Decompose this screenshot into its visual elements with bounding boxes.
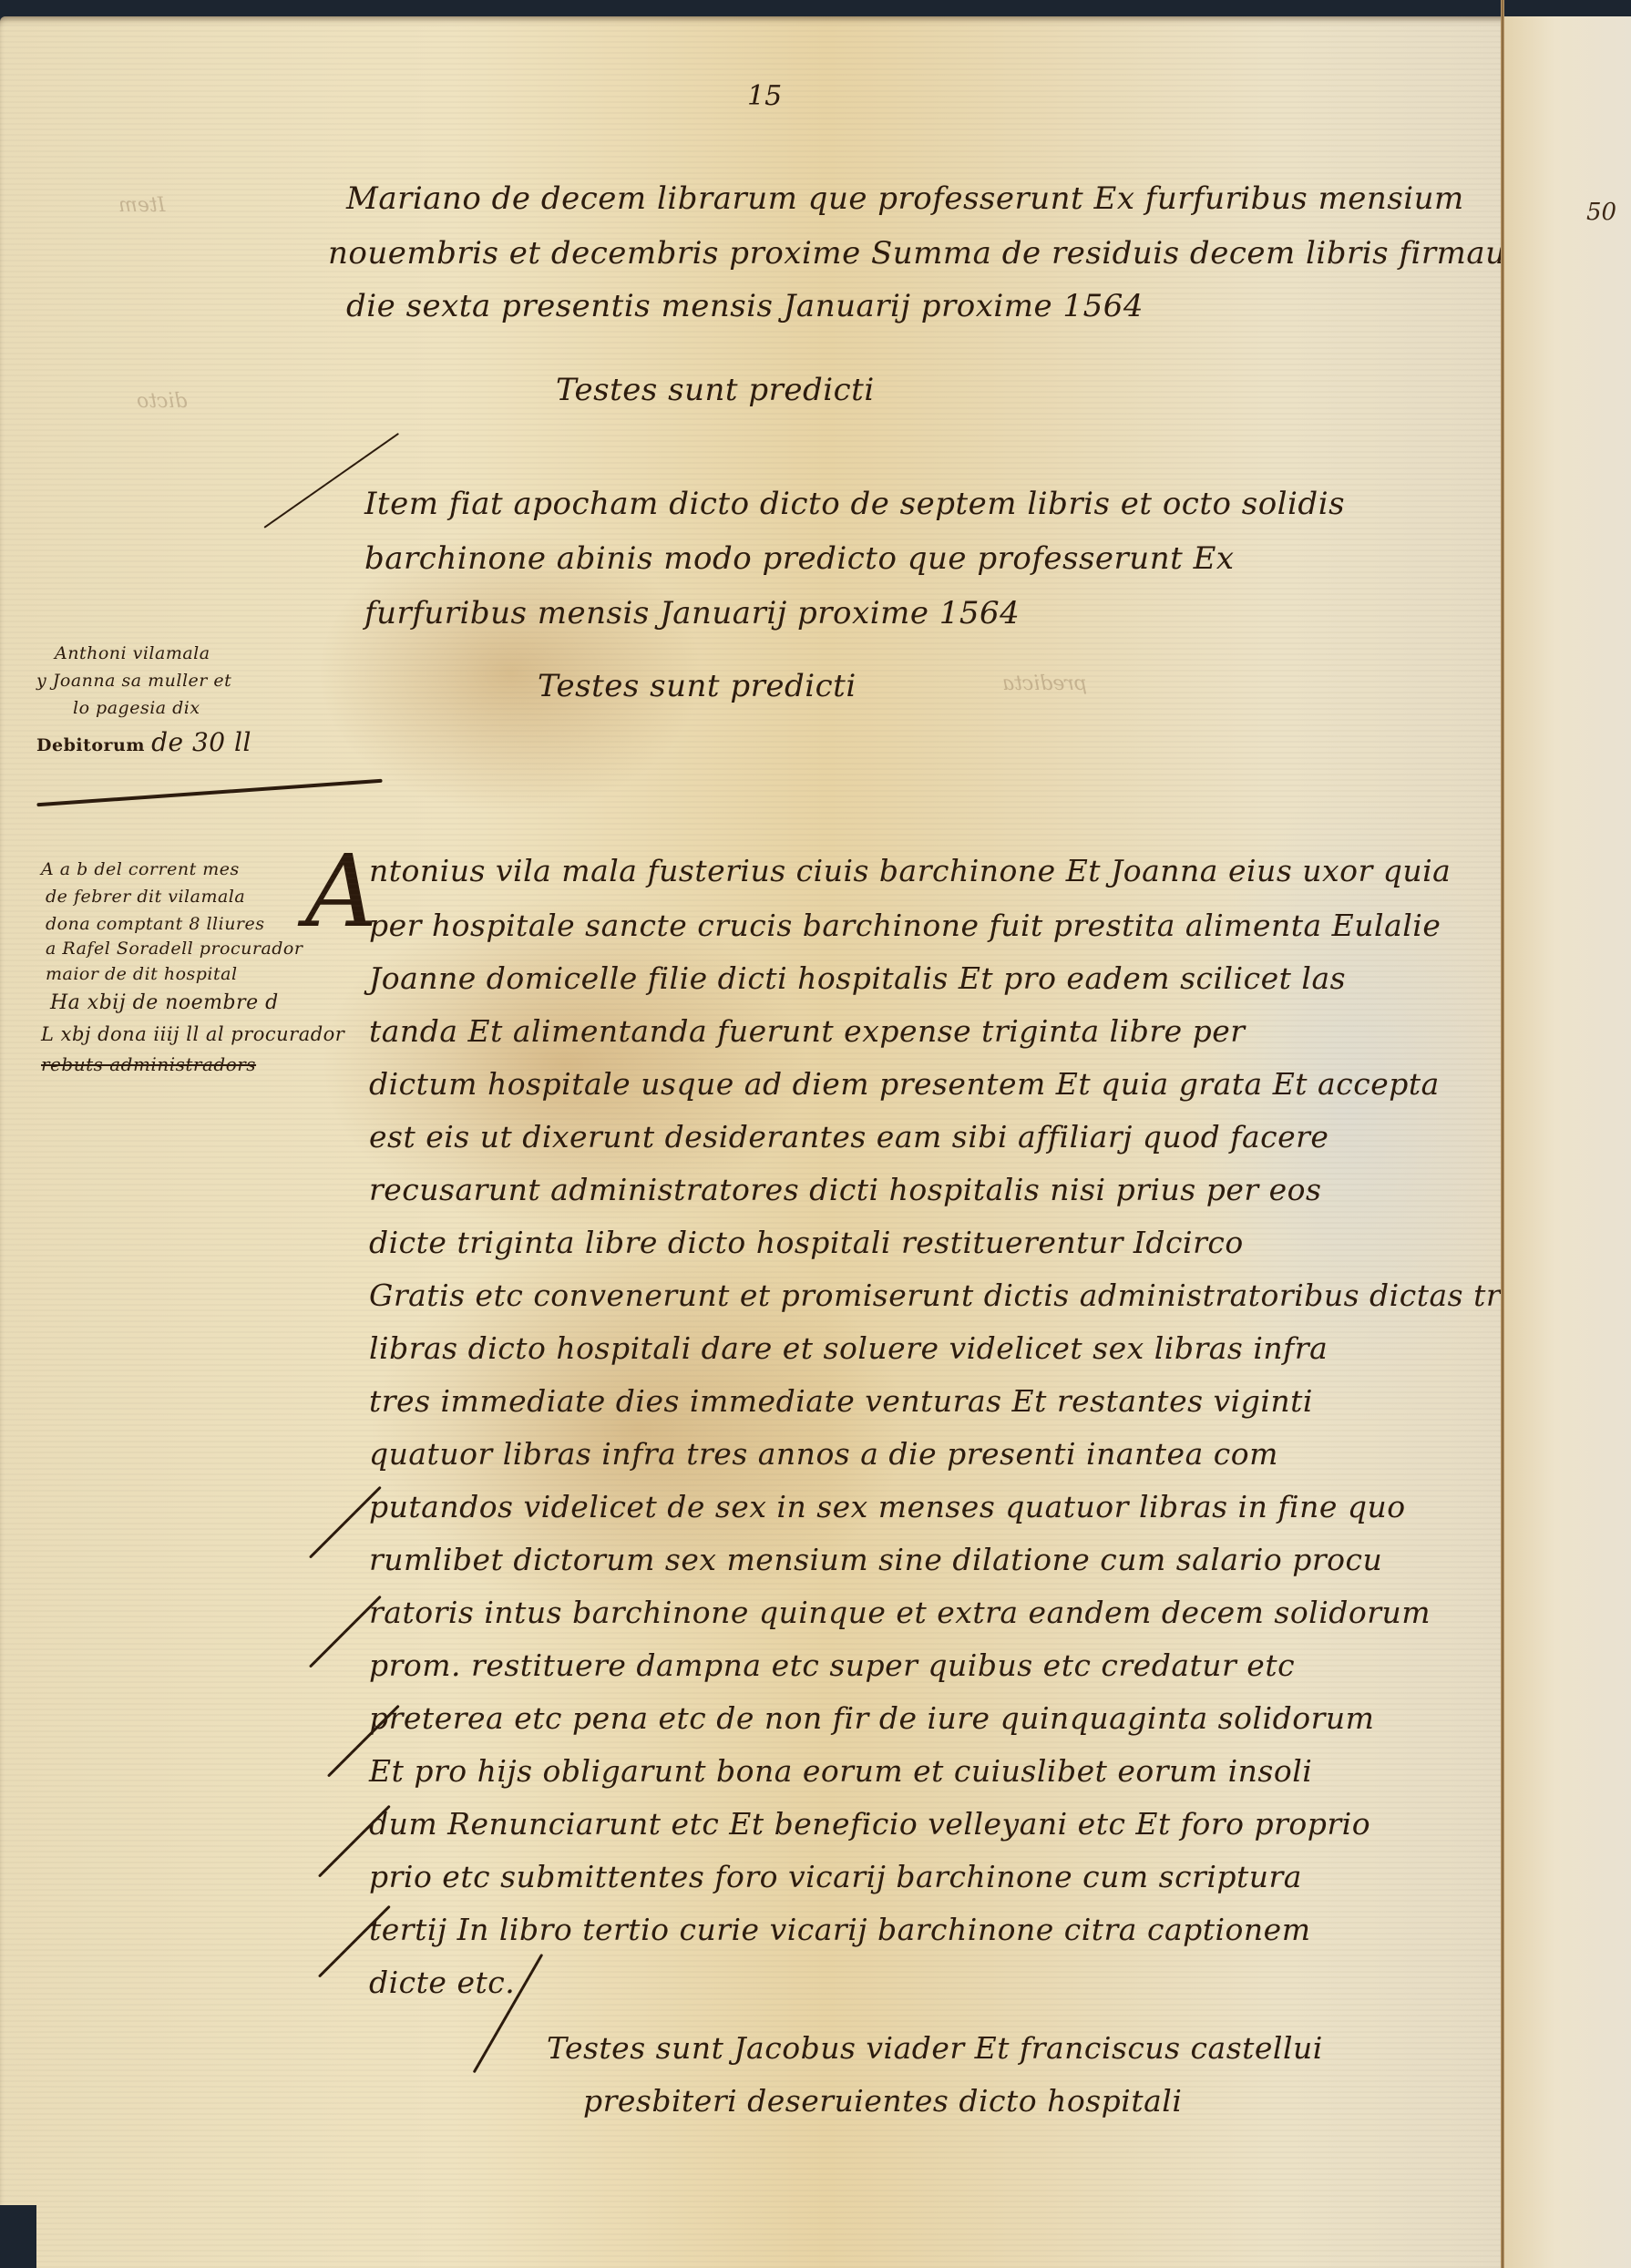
header-line: Mariano de decem librarum que professeru…: [346, 180, 1464, 217]
item-line: barchinone abinis modo predicto que prof…: [364, 540, 1235, 577]
entry-line: rumlibet dictorum sex mensium sine dilat…: [369, 1542, 1382, 1577]
witness-line: Testes sunt predicti: [556, 372, 875, 408]
adjacent-page-fragment: 50: [1586, 199, 1616, 226]
folio-number: 15: [747, 80, 782, 112]
entry-line: recusarunt administratores dicti hospita…: [369, 1172, 1321, 1207]
rubric-suffix: de 30 ll: [151, 727, 251, 757]
entry-line: dicte etc.: [369, 1965, 515, 2000]
entry-line: prio etc submittentes foro vicarij barch…: [369, 1859, 1302, 1894]
entry-line: preterea etc pena etc de non fir de iure…: [369, 1700, 1374, 1736]
item-line: furfuribus mensis Januarij proxime 1564: [364, 595, 1020, 631]
bleed-through-text: predicta: [1002, 672, 1087, 695]
entry-line: ratoris intus barchinone quinque et extr…: [369, 1595, 1431, 1630]
entry-line: prom. restituere dampna etc super quibus…: [369, 1647, 1295, 1683]
entry-line: Gratis etc convenerunt et promiserunt di…: [369, 1278, 1592, 1313]
margin-line: y Joanna sa muller et: [36, 671, 231, 691]
margin-line: lo pagesia dix: [73, 698, 200, 718]
margin-line: A a b del corrent mes: [41, 859, 240, 879]
witness-line: presbiteri deseruientes dicto hospitali: [583, 2083, 1182, 2119]
bleed-through-text: dicto: [137, 390, 188, 413]
entry-line: quatuor libras infra tres annos a die pr…: [369, 1436, 1278, 1472]
entry-line: dum Renunciarunt etc Et beneficio velley…: [369, 1806, 1370, 1842]
entry-line: dictum hospitale usque ad diem presentem…: [369, 1066, 1440, 1102]
entry-line: tres immediate dies immediate venturas E…: [369, 1383, 1313, 1419]
margin-line: Ha xbij de noembre d: [50, 991, 279, 1014]
entry-line: Joanne domicelle filie dicti hospitalis …: [369, 960, 1346, 996]
entry-line: dicte triginta libre dicto hospitali res…: [369, 1225, 1244, 1260]
entry-line: est eis ut dixerunt desiderantes eam sib…: [369, 1119, 1328, 1155]
drop-cap: A: [305, 841, 377, 941]
margin-line: Anthoni vilamala: [55, 643, 210, 663]
header-line: nouembris et decembris proxime Summa de …: [328, 235, 1563, 272]
header-line: die sexta presentis mensis Januarij prox…: [346, 288, 1144, 324]
margin-line: dona comptant 8 lliures: [46, 914, 265, 934]
entry-line: Et pro hijs obligarunt bona eorum et cui…: [369, 1753, 1312, 1789]
margin-line: maior de dit hospital: [46, 964, 238, 984]
margin-line: rebuts administradors: [41, 1053, 256, 1075]
entry-line: libras dicto hospitali dare et soluere v…: [369, 1330, 1328, 1366]
margin-line: a Rafel Soradell procurador: [46, 939, 303, 959]
rubric-underline: [36, 779, 382, 806]
bleed-through-text: Item: [118, 194, 165, 217]
margin-line: L xbj dona iiij ll al procurador: [41, 1023, 344, 1045]
entry-line: tertij In libro tertio curie vicarij bar…: [369, 1912, 1311, 1947]
entry-line: per hospitale sancte crucis barchinone f…: [369, 908, 1441, 943]
adjacent-page-edge: 50: [1504, 16, 1631, 2268]
witness-line: Testes sunt Jacobus viader Et franciscus…: [547, 2030, 1323, 2066]
debitorum-rubric: Debitorum de 30 ll: [36, 727, 251, 757]
witness-line: Testes sunt predicti: [538, 668, 857, 704]
background-edge: [0, 2205, 36, 2268]
margin-line: de febrer dit vilamala: [46, 887, 245, 907]
item-line: Item fiat apocham dicto dicto de septem …: [364, 486, 1345, 522]
entry-line: tanda Et alimentanda fuerunt expense tri…: [369, 1013, 1246, 1049]
entry-line: putandos videlicet de sex in sex menses …: [369, 1489, 1406, 1524]
entry-line: ntonius vila mala fusterius ciuis barchi…: [369, 853, 1451, 888]
manuscript-page: 15 Item dicto predicta Mariano de decem …: [0, 16, 1503, 2268]
rubric-word: Debitorum: [36, 735, 145, 755]
